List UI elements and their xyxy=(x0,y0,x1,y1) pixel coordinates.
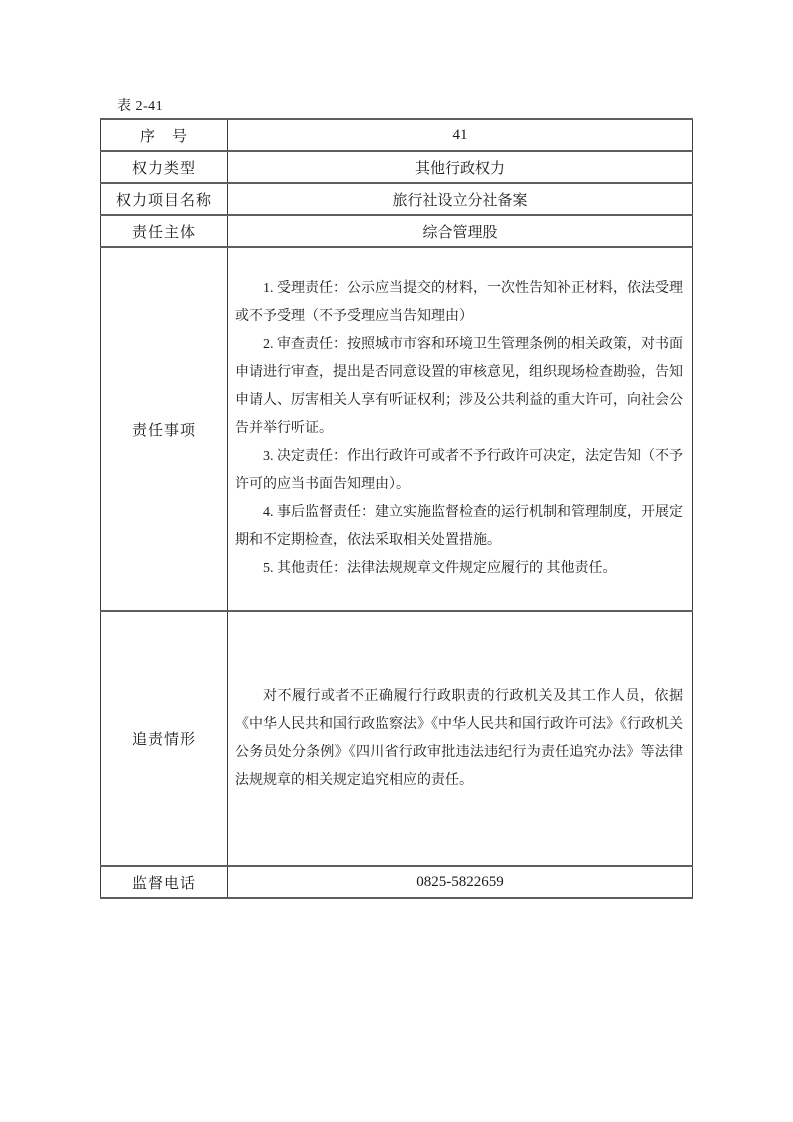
power-type-label: 权力类型 xyxy=(101,151,228,183)
duty-item-1: 1. 受理责任：公示应当提交的材料，一次性告知补正材料，依法受理或不予受理（不予… xyxy=(235,275,683,331)
power-item-name-value: 旅行社设立分社备案 xyxy=(228,183,693,215)
power-item-name-label: 权力项目名称 xyxy=(101,183,228,215)
duty-item-4: 4. 事后监督责任：建立实施监督检查的运行机制和管理制度，开展定期和不定期检查，… xyxy=(235,499,683,555)
responsible-body-label: 责任主体 xyxy=(101,215,228,247)
responsible-body-value: 综合管理股 xyxy=(228,215,693,247)
table-row-power-item-name: 权力项目名称 旅行社设立分社备案 xyxy=(101,183,693,215)
document-content: 表 2-41 序 号 41 权力类型 其他行政权力 权力项目名称 旅行社设立分社… xyxy=(100,99,693,899)
responsibility-table: 序 号 41 权力类型 其他行政权力 权力项目名称 旅行社设立分社备案 责任主体… xyxy=(100,118,693,899)
accountability-label: 追责情形 xyxy=(101,611,228,866)
table-row-duty-items: 责任事项 1. 受理责任：公示应当提交的材料，一次性告知补正材料，依法受理或不予… xyxy=(101,247,693,611)
supervision-phone-value: 0825-5822659 xyxy=(228,866,693,898)
power-type-value: 其他行政权力 xyxy=(228,151,693,183)
table-caption: 表 2-41 xyxy=(117,99,693,115)
serial-number-label: 序 号 xyxy=(101,119,228,151)
duty-items-content: 1. 受理责任：公示应当提交的材料，一次性告知补正材料，依法受理或不予受理（不予… xyxy=(228,247,693,611)
table-row-accountability: 追责情形 对不履行或者不正确履行行政职责的行政机关及其工作人员，依据《中华人民共… xyxy=(101,611,693,866)
serial-number-value: 41 xyxy=(228,119,693,151)
document-page: 表 2-41 序 号 41 权力类型 其他行政权力 权力项目名称 旅行社设立分社… xyxy=(0,0,793,1122)
duty-item-2: 2. 审查责任：按照城市市容和环境卫生管理条例的相关政策，对书面申请进行审查，提… xyxy=(235,331,683,443)
table-row-serial-number: 序 号 41 xyxy=(101,119,693,151)
table-row-supervision-phone: 监督电话 0825-5822659 xyxy=(101,866,693,898)
table-row-responsible-body: 责任主体 综合管理股 xyxy=(101,215,693,247)
table-row-power-type: 权力类型 其他行政权力 xyxy=(101,151,693,183)
duty-item-5: 5. 其他责任：法律法规规章文件规定应履行的 其他责任。 xyxy=(235,555,683,583)
accountability-content: 对不履行或者不正确履行行政职责的行政机关及其工作人员，依据《中华人民共和国行政监… xyxy=(228,611,693,866)
duty-item-3: 3. 决定责任：作出行政许可或者不予行政许可决定，法定告知（不予许可的应当书面告… xyxy=(235,443,683,499)
supervision-phone-label: 监督电话 xyxy=(101,866,228,898)
duty-items-label: 责任事项 xyxy=(101,247,228,611)
accountability-paragraph: 对不履行或者不正确履行行政职责的行政机关及其工作人员，依据《中华人民共和国行政监… xyxy=(235,683,683,795)
